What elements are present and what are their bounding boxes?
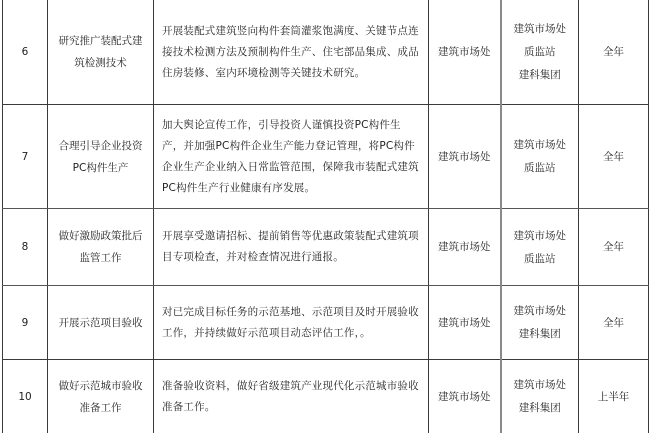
task-name: 研究推广装配式建筑检测技术 (48, 0, 154, 105)
cooperating-units: 建筑市场处 质监站 (501, 105, 579, 209)
task-description: 准备验收资料，做好省级建筑产业现代化示范城市验收准备工作。 (154, 360, 429, 433)
cooperating-units: 建筑市场处 建科集团 (501, 286, 579, 360)
lead-department: 建筑市场处 (429, 360, 501, 433)
task-name: 合理引导企业投资PC构件生产 (48, 105, 154, 209)
timeframe: 全年 (579, 286, 649, 360)
cooperating-unit: 建筑市场处 (502, 137, 579, 153)
task-description: 开展装配式建筑竖向构件套筒灌浆饱满度、关键节点连接技术检测方法及预制构件生产、住… (154, 0, 429, 105)
cooperating-units: 建筑市场处 质监站 建科集团 (501, 0, 579, 105)
table-row: 7 合理引导企业投资PC构件生产 加大舆论宣传工作，引导投资人谨慎投资PC构件生… (3, 105, 649, 209)
task-table: 6 研究推广装配式建筑检测技术 开展装配式建筑竖向构件套筒灌浆饱满度、关键节点连… (2, 0, 649, 433)
cooperating-unit: 质监站 (502, 251, 579, 267)
row-index: 7 (3, 105, 48, 209)
lead-department: 建筑市场处 (429, 286, 501, 360)
task-description: 加大舆论宣传工作，引导投资人谨慎投资PC构件生产，并加强PC构件企业生产能力登记… (154, 105, 429, 209)
task-description: 对已完成目标任务的示范基地、示范项目及时开展验收工作，并持续做好示范项目动态评估… (154, 286, 429, 360)
cooperating-unit: 质监站 (502, 160, 579, 176)
cooperating-unit: 建筑市场处 (502, 377, 579, 393)
task-description: 开展享受邀请招标、提前销售等优惠政策装配式建筑项目专项检查，并对检查情况进行通报… (154, 209, 429, 286)
timeframe: 全年 (579, 105, 649, 209)
row-index: 9 (3, 286, 48, 360)
lead-department: 建筑市场处 (429, 0, 501, 105)
timeframe: 全年 (579, 209, 649, 286)
lead-department: 建筑市场处 (429, 105, 501, 209)
row-index: 6 (3, 0, 48, 105)
task-name: 做好激励政策批后监管工作 (48, 209, 154, 286)
table-row: 10 做好示范城市验收准备工作 准备验收资料，做好省级建筑产业现代化示范城市验收… (3, 360, 649, 433)
cooperating-units: 建筑市场处 建科集团 (501, 360, 579, 433)
row-index: 8 (3, 209, 48, 286)
task-name: 开展示范项目验收 (48, 286, 154, 360)
table-row: 8 做好激励政策批后监管工作 开展享受邀请招标、提前销售等优惠政策装配式建筑项目… (3, 209, 649, 286)
cooperating-unit: 建科集团 (502, 67, 579, 83)
cooperating-unit: 建科集团 (502, 400, 579, 416)
cooperating-unit: 建筑市场处 (502, 228, 579, 244)
cooperating-unit: 建筑市场处 (502, 21, 579, 37)
row-index: 10 (3, 360, 48, 433)
cooperating-units: 建筑市场处 质监站 (501, 209, 579, 286)
cooperating-unit: 质监站 (502, 44, 579, 60)
cooperating-unit: 建筑市场处 (502, 303, 579, 319)
lead-department: 建筑市场处 (429, 209, 501, 286)
table-row: 9 开展示范项目验收 对已完成目标任务的示范基地、示范项目及时开展验收工作，并持… (3, 286, 649, 360)
timeframe: 上半年 (579, 360, 649, 433)
cooperating-unit: 建科集团 (502, 326, 579, 342)
timeframe: 全年 (579, 0, 649, 105)
table-row: 6 研究推广装配式建筑检测技术 开展装配式建筑竖向构件套筒灌浆饱满度、关键节点连… (3, 0, 649, 105)
task-name: 做好示范城市验收准备工作 (48, 360, 154, 433)
